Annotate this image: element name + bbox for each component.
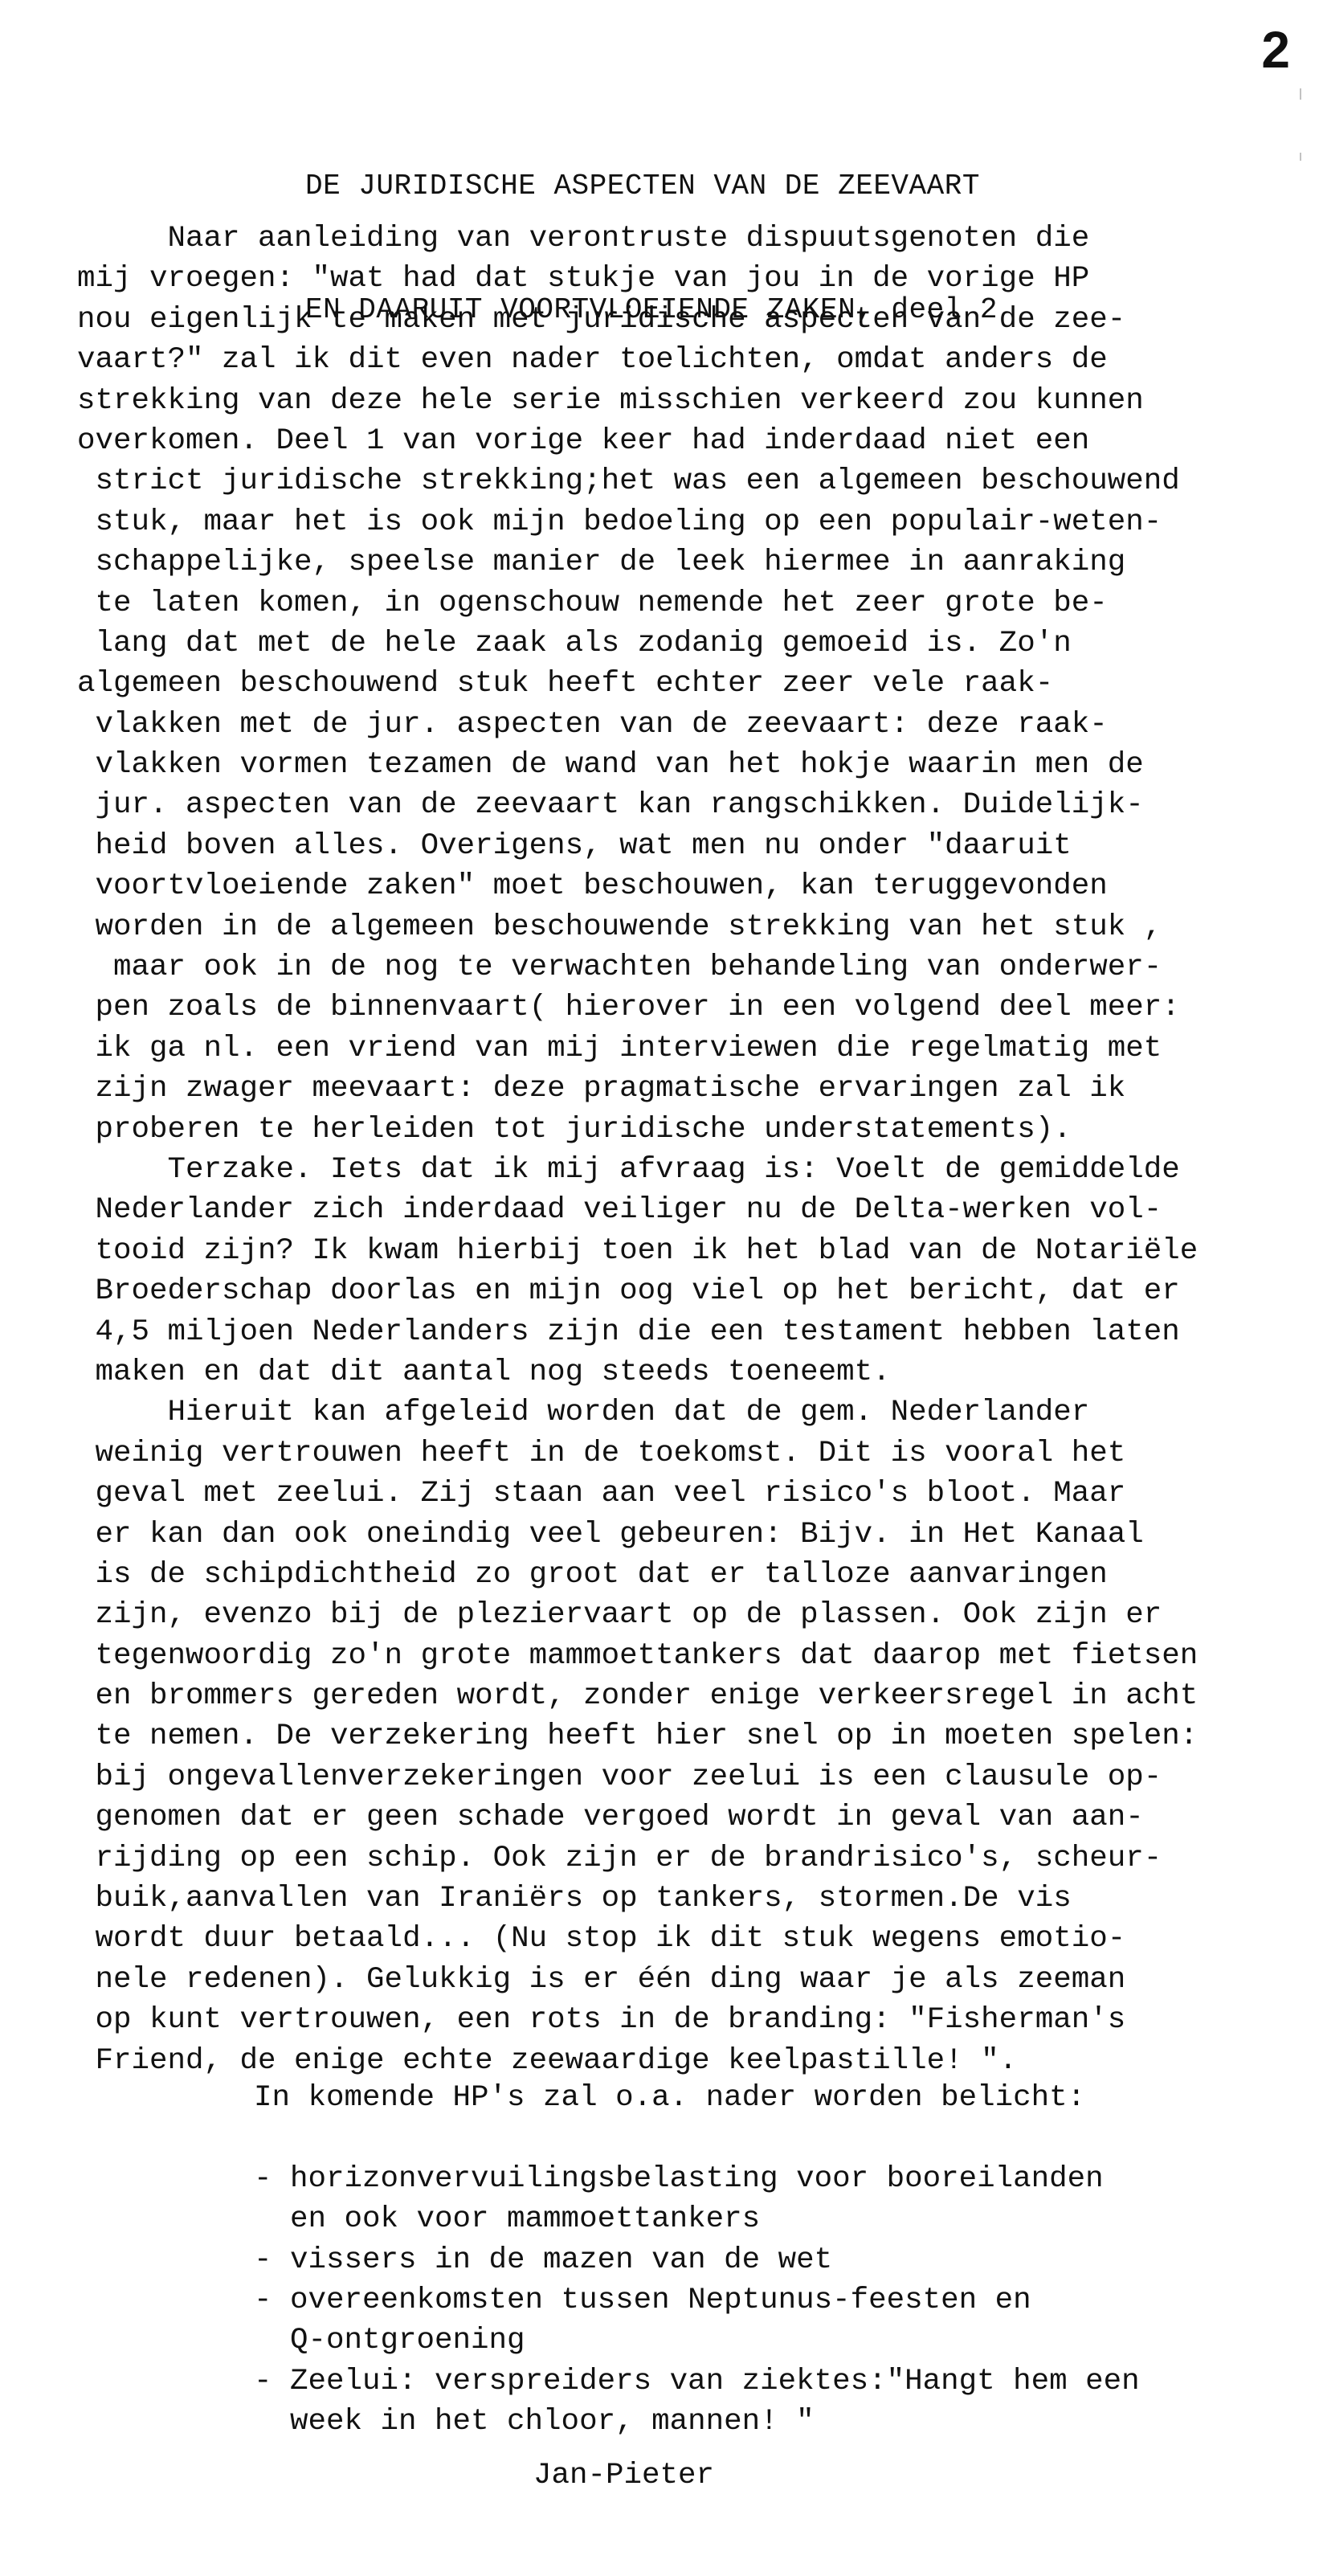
body-line: te laten komen, in ogenschouw nemende he… — [77, 583, 1198, 624]
title-line-1: DE JURIDISCHE ASPECTEN VAN DE ZEEVAART — [305, 166, 998, 206]
body-line: Nederlander zich inderdaad veiliger nu d… — [77, 1190, 1198, 1230]
body-line: is de schipdichtheid zo groot dat er tal… — [77, 1555, 1198, 1595]
body-line: vlakken vormen tezamen de wand van het h… — [77, 745, 1198, 785]
body-line: er kan dan ook oneindig veel gebeuren: B… — [77, 1515, 1198, 1555]
body-line: zijn zwager meevaart: deze pragmatische … — [77, 1069, 1198, 1109]
page-number: 2 — [1261, 24, 1290, 76]
body-line: voortvloeiende zaken" moet beschouwen, k… — [77, 866, 1198, 906]
body-line: proberen te herleiden tot juridische und… — [77, 1110, 1198, 1150]
body-line: ik ga nl. een vriend van mij interviewen… — [77, 1028, 1198, 1069]
body-line: bij ongevallenverzekeringen voor zeelui … — [77, 1757, 1198, 1797]
body-line: zijn, evenzo bij de pleziervaart op de p… — [77, 1595, 1198, 1635]
body-line: tooid zijn? Ik kwam hierbij toen ik het … — [77, 1231, 1198, 1271]
upcoming-line — [254, 2118, 1140, 2158]
body-line: op kunt vertrouwen, een rots in de brand… — [77, 2000, 1198, 2040]
upcoming-line: In komende HP's zal o.a. nader worden be… — [254, 2078, 1140, 2118]
body-line: worden in de algemeen beschouwende strek… — [77, 907, 1198, 947]
body-line: strict juridische strekking;het was een … — [77, 461, 1198, 501]
upcoming-topics-list: In komende HP's zal o.a. nader worden be… — [254, 2078, 1140, 2443]
body-line: schappelijke, speelse manier de leek hie… — [77, 542, 1198, 583]
body-line: heid boven alles. Overigens, wat men nu … — [77, 826, 1198, 866]
upcoming-line: - horizonvervuilingsbelasting voor boore… — [254, 2159, 1140, 2199]
article-body: Naar aanleiding van verontruste dispuuts… — [77, 219, 1198, 2081]
body-line: rijding op een schip. Ook zijn er de bra… — [77, 1838, 1198, 1879]
upcoming-line: en ook voor mammoettankers — [254, 2199, 1140, 2239]
body-line: Hieruit kan afgeleid worden dat de gem. … — [77, 1392, 1198, 1433]
body-line: Naar aanleiding van verontruste dispuuts… — [77, 219, 1198, 259]
body-line: 4,5 miljoen Nederlanders zijn die een te… — [77, 1312, 1198, 1352]
body-line: en brommers gereden wordt, zonder enige … — [77, 1676, 1198, 1716]
body-line: vaart?" zal ik dit even nader toelichten… — [77, 340, 1198, 380]
body-line: genomen dat er geen schade vergoed wordt… — [77, 1797, 1198, 1838]
upcoming-line: Q-ontgroening — [254, 2320, 1140, 2361]
body-line: buik,aanvallen van Iraniërs op tankers, … — [77, 1879, 1198, 1919]
body-line: nou eigenlijk te maken met juridische as… — [77, 300, 1198, 340]
body-line: maken en dat dit aantal nog steeds toene… — [77, 1352, 1198, 1392]
body-line: lang dat met de hele zaak als zodanig ge… — [77, 624, 1198, 664]
body-line: jur. aspecten van de zeevaart kan rangsc… — [77, 785, 1198, 825]
body-line: mij vroegen: "wat had dat stukje van jou… — [77, 259, 1198, 299]
body-line: stuk, maar het is ook mijn bedoeling op … — [77, 502, 1198, 542]
body-line: wordt duur betaald... (Nu stop ik dit st… — [77, 1919, 1198, 1959]
body-line: geval met zeelui. Zij staan aan veel ris… — [77, 1474, 1198, 1514]
upcoming-line: - overeenkomsten tussen Neptunus-feesten… — [254, 2280, 1140, 2320]
body-line: weinig vertrouwen heeft in de toekomst. … — [77, 1433, 1198, 1474]
body-line: vlakken met de jur. aspecten van de zeev… — [77, 705, 1198, 745]
body-line: Friend, de enige echte zeewaardige keelp… — [77, 2041, 1198, 2081]
body-line: strekking van deze hele serie misschien … — [77, 381, 1198, 421]
body-line: te nemen. De verzekering heeft hier snel… — [77, 1716, 1198, 1756]
body-line: Broederschap doorlas en mijn oog viel op… — [77, 1271, 1198, 1311]
body-line: Terzake. Iets dat ik mij afvraag is: Voe… — [77, 1150, 1198, 1190]
scan-mark — [1300, 88, 1301, 100]
upcoming-line: - vissers in de mazen van de wet — [254, 2240, 1140, 2280]
upcoming-line: week in het chloor, mannen! " — [254, 2402, 1140, 2442]
body-line: pen zoals de binnenvaart( hierover in ee… — [77, 987, 1198, 1028]
body-line: nele redenen). Gelukkig is er één ding w… — [77, 1960, 1198, 2000]
body-line: tegenwoordig zo'n grote mammoettankers d… — [77, 1636, 1198, 1676]
body-line: algemeen beschouwend stuk heeft echter z… — [77, 664, 1198, 704]
body-line: overkomen. Deel 1 van vorige keer had in… — [77, 421, 1198, 461]
author-signature: Jan-Pieter — [533, 2455, 714, 2496]
upcoming-line: - Zeelui: verspreiders van ziektes:"Hang… — [254, 2361, 1140, 2402]
body-line: maar ook in de nog te verwachten behande… — [77, 947, 1198, 987]
scan-mark — [1300, 153, 1301, 161]
